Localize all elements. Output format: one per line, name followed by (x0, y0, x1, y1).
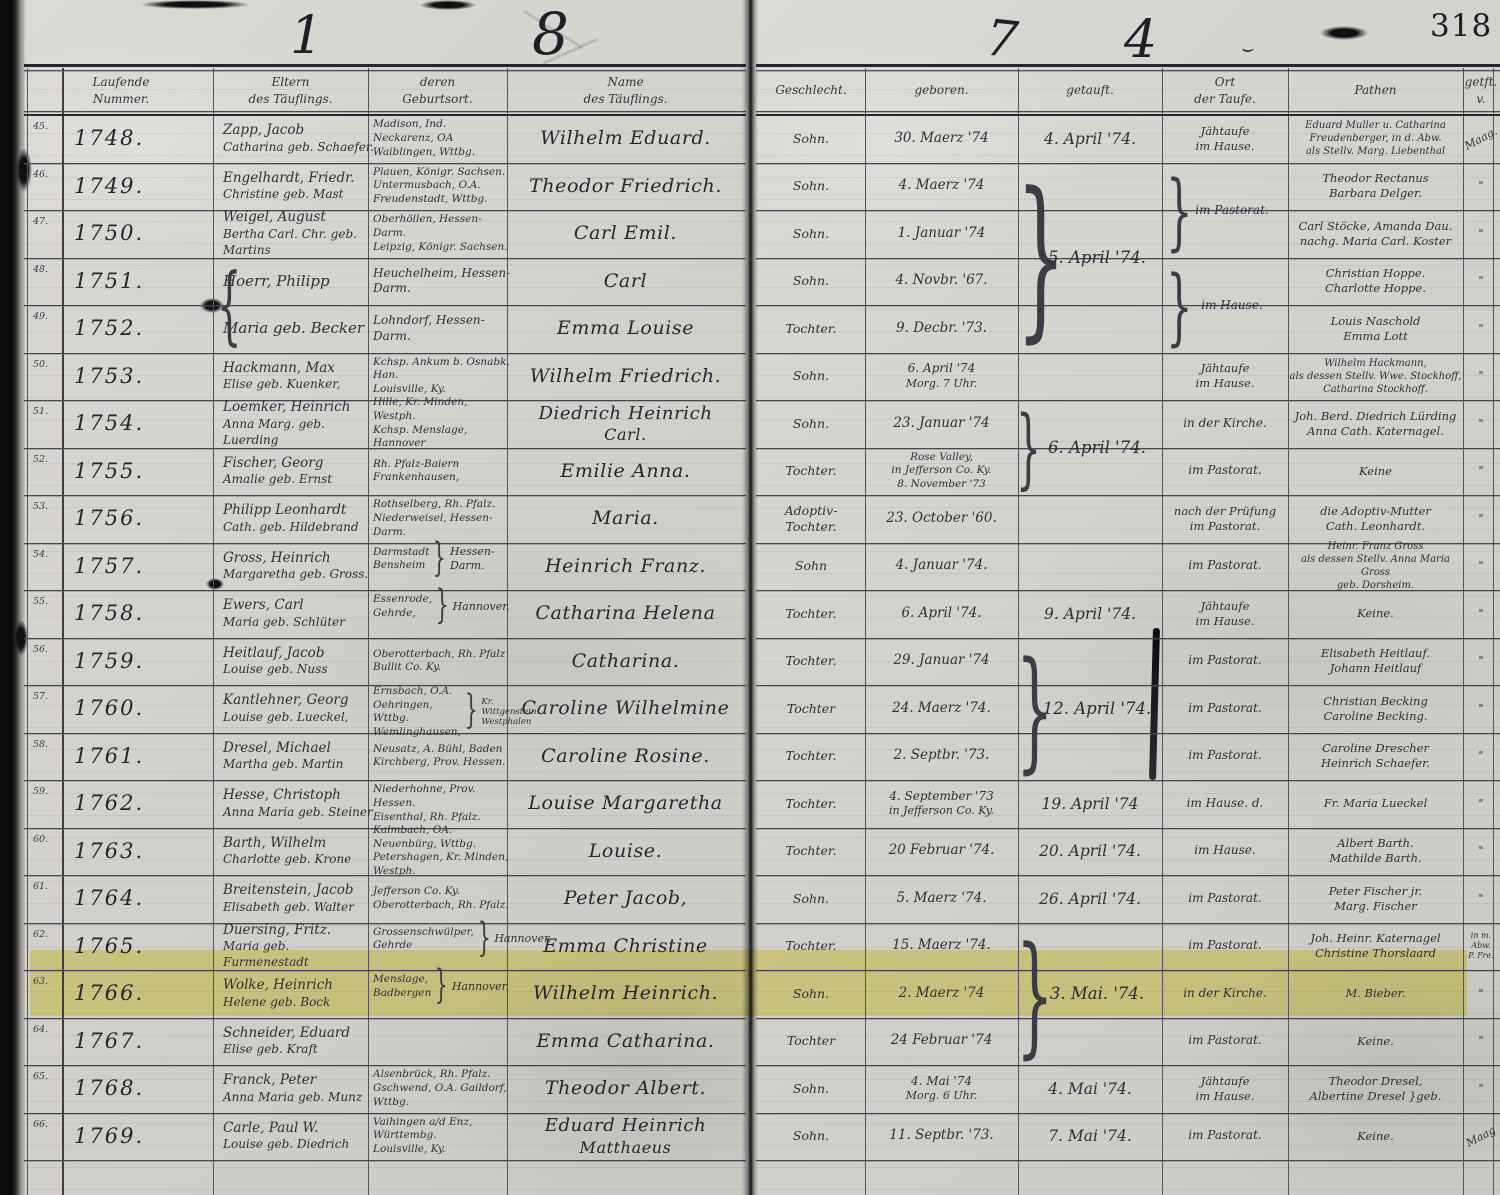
baptism-place-cell: Jähtaufeim Hause. (1162, 590, 1288, 638)
baptism-place-cell: im Pastorat. (1162, 875, 1288, 923)
officiant-cell: " (1463, 733, 1499, 781)
officiant-cell: " (1463, 163, 1499, 211)
born-cell: 2. Maerz '74 (865, 970, 1018, 1018)
header-bottom-rule (24, 111, 746, 112)
parents-cell: Carle, Paul W.Louise geb. Diedrich (213, 1113, 378, 1161)
born-cell: 23. October '60. (865, 495, 1018, 543)
parents-cell: Barth, WilhelmCharlotte geb. Krone (213, 828, 378, 876)
child-name-cell: Caroline Rosine. (507, 733, 744, 781)
place-brace: } (464, 687, 477, 738)
sex-cell: Sohn (757, 543, 865, 591)
officiant-cell: " (1463, 638, 1499, 686)
born-cell: 4. Januar '74. (865, 543, 1018, 591)
year-digit-4: 4 (1124, 10, 1157, 70)
row-rule (756, 1160, 1500, 1161)
child-name-cell: Eduard HeinrichMatthaeus (507, 1113, 744, 1161)
child-name-cell: Wilhelm Eduard. (507, 115, 744, 163)
sex-cell: Sohn. (757, 353, 865, 401)
column-header-right-3: Ortder Taufe. (1162, 70, 1288, 111)
parents-cell: Kantlehner, GeorgLouise geb. Lueckel, (213, 685, 378, 733)
born-cell: 1. Januar '74 (865, 210, 1018, 258)
column-header-right-4: Pathen (1288, 70, 1463, 111)
parents-cell: Breitenstein, JacobElisabeth geb. Walter (213, 875, 378, 923)
officiant-cell: " (1463, 1065, 1499, 1113)
sponsors-cell: Albert Barth.Mathilde Barth. (1288, 828, 1463, 876)
officiant-cell: in m.Abw.P. Fre. (1463, 923, 1499, 971)
child-name-cell: Louise Margaretha (507, 780, 744, 828)
born-cell: 24 Februar '74 (865, 1018, 1018, 1066)
year-digit-7: 7 (983, 8, 1021, 69)
sponsors-cell: Keine. (1288, 590, 1463, 638)
margin-number: 50. (29, 353, 66, 407)
child-name-cell: Catharina. (507, 638, 744, 686)
margin-number: 54. (29, 543, 66, 597)
baptism-place-cell: nach der Prüfungim Pastorat. (1162, 495, 1288, 543)
margin-number: 53. (29, 495, 66, 549)
officiant-cell: " (1463, 353, 1499, 401)
child-name-cell: Emma Christine (507, 923, 744, 971)
baptism-place-cell: im Hause. d. (1162, 780, 1288, 828)
sex-cell: Tochter. (757, 780, 865, 828)
baptism-place-cell: in der Kirche. (1162, 400, 1288, 448)
child-name-cell: Carl (507, 258, 744, 306)
running-number: 1756. (62, 495, 225, 543)
baptism-place-cell: im Pastorat. (1162, 733, 1288, 781)
sponsors-cell: M. Bieber. (1288, 970, 1463, 1018)
birthplace-cell: Kchsp. Ankum b. Osnabk. Han.Louisville, … (368, 353, 512, 401)
parents-cell: Heitlauf, JacobLouise geb. Nuss (213, 638, 378, 686)
sex-cell: Tochter. (757, 828, 865, 876)
child-name-cell: Carl Emil. (507, 210, 744, 258)
running-number: 1753. (62, 353, 225, 401)
baptized-cell: 9. April '74. (1018, 590, 1162, 638)
born-cell: 9. Decbr. '73. (865, 305, 1018, 353)
baptism-place-cell: im Hause. (1162, 828, 1288, 876)
born-cell: 24. Maerz '74. (865, 685, 1018, 733)
sex-cell: Sohn. (757, 400, 865, 448)
running-number: 1766. (62, 970, 225, 1018)
baptized-cell: 26. April '74. (1018, 875, 1162, 923)
parents-cell: Schneider, EduardElise geb. Kraft (213, 1018, 378, 1066)
born-cell: 5. Maerz '74. (865, 875, 1018, 923)
sex-cell: Sohn. (757, 258, 865, 306)
child-name-cell: Heinrich Franz. (507, 543, 744, 591)
running-number: 1754. (62, 400, 225, 448)
officiant-cell: " (1463, 828, 1499, 876)
column-rule (27, 68, 28, 1195)
birthplace-cell: Oberotterbach, Rh. PfalzBullit Co. Ky. (368, 638, 512, 686)
sex-cell: Sohn. (757, 875, 865, 923)
running-number: 1752. (62, 305, 225, 353)
born-cell: 6. April '74Morg. 7 Uhr. (865, 353, 1018, 401)
sponsors-cell: Louis NascholdEmma Lott (1288, 305, 1463, 353)
running-number: 1748. (62, 115, 225, 163)
margin-number: 52. (29, 448, 66, 502)
child-name-cell: Wilhelm Friedrich. (507, 353, 744, 401)
baptized-cell: 19. April '74 (1018, 780, 1162, 828)
sex-cell: Sohn. (757, 1113, 865, 1161)
child-name-cell: Peter Jacob, (507, 875, 744, 923)
parents-cell: Hesse, ChristophAnna Maria geb. Steiner (213, 780, 378, 828)
officiant-cell: " (1463, 495, 1499, 543)
sex-cell: Sohn. (757, 1065, 865, 1113)
birthplace-cell: Neusatz, A. Bühl, BadenKirchberg, Prov. … (368, 733, 512, 781)
place-brace: } (436, 582, 449, 633)
place-brace: } (477, 914, 490, 965)
top-rule (756, 64, 1500, 67)
column-header-right-5: getft.v. (1463, 70, 1499, 111)
margin-number: 62. (29, 923, 66, 977)
birthplace-cell: Vaihingen a/d Enz, Württembg.Louisville,… (368, 1113, 512, 1161)
column-header-left-0: LaufendeNummer. (29, 70, 213, 111)
top-rule (24, 64, 746, 67)
born-cell: 4. Novbr. '67. (865, 258, 1018, 306)
sponsors-cell: Joh. Heinr. KaternagelChristine Thorslaa… (1288, 923, 1463, 971)
pen-flourish-mark: ⌣ (1240, 36, 1253, 60)
baptism-place-cell: im Pastorat. (1162, 1018, 1288, 1066)
sponsors-cell: Christian BeckingCaroline Becking. (1288, 685, 1463, 733)
officiant-cell: " (1463, 258, 1499, 306)
sex-cell: Tochter. (757, 305, 865, 353)
running-number: 1759. (62, 638, 225, 686)
running-number: 1758. (62, 590, 225, 638)
running-number: 1767. (62, 1018, 225, 1066)
born-cell: 15. Maerz '74. (865, 923, 1018, 971)
parents-cell: Loemker, HeinrichAnna Marg. geb. Luerdin… (213, 400, 378, 448)
ink-smudge (1320, 26, 1368, 40)
running-number: 1761. (62, 733, 225, 781)
child-name-cell: Emilie Anna. (507, 448, 744, 496)
born-cell: 4. Mai '74Morg. 6 Uhr. (865, 1065, 1018, 1113)
officiant-cell: " (1463, 780, 1499, 828)
parents-cell: Engelhardt, Friedr.Christine geb. Mast (213, 163, 378, 211)
sponsors-cell: Carl Stöcke, Amanda Dau.nachg. Maria Car… (1288, 210, 1463, 258)
birthplace-cell: Rh. Pfalz-BaiernFrankenhausen, (368, 448, 512, 496)
sex-cell: Sohn. (757, 970, 865, 1018)
running-number: 1765. (62, 923, 225, 971)
born-cell: 2. Septbr. '73. (865, 733, 1018, 781)
sponsors-cell: Fr. Maria Lueckel (1288, 780, 1463, 828)
born-cell: Rose Valley,in Jefferson Co. Ky.8. Novem… (865, 448, 1018, 496)
baptism-group-date: 5. April '74. (1036, 245, 1158, 271)
sponsors-cell: Theodor RectanusBarbara Delger. (1288, 163, 1463, 211)
officiant-cell: " (1463, 305, 1499, 353)
officiant-cell: " (1463, 543, 1499, 591)
margin-number: 48. (29, 258, 66, 312)
baptism-place-cell: im Pastorat. (1162, 685, 1288, 733)
officiant-cell: " (1463, 1018, 1499, 1066)
margin-number: 47. (29, 210, 66, 264)
running-number: 1769. (62, 1113, 225, 1161)
margin-number: 59. (29, 780, 66, 834)
place-brace: } (435, 962, 448, 1013)
margin-number: 45. (29, 115, 66, 169)
born-cell: 11. Septbr. '73. (865, 1113, 1018, 1161)
sex-cell: Tochter. (757, 590, 865, 638)
ink-smudge (140, 0, 250, 9)
place-brace: } (433, 534, 446, 585)
running-number: 1749. (62, 163, 225, 211)
sponsors-cell: Keine (1288, 448, 1463, 496)
header-bottom-rule (756, 111, 1500, 112)
born-cell: 23. Januar '74 (865, 400, 1018, 448)
child-name-cell: Theodor Friedrich. (507, 163, 744, 211)
born-cell: 6. April '74. (865, 590, 1018, 638)
born-cell: 29. Januar '74 (865, 638, 1018, 686)
year-digit-1: 1 (290, 6, 323, 66)
margin-number: 60. (29, 828, 66, 882)
page-number: 318 (1430, 8, 1492, 44)
margin-number: 66. (29, 1113, 66, 1167)
sponsors-cell: Peter Fischer jr.Marg. Fischer (1288, 875, 1463, 923)
sponsors-cell: Caroline DrescherHeinrich Schaefer. (1288, 733, 1463, 781)
parents-cell: Wolke, HeinrichHelene geb. Bock (213, 970, 378, 1018)
ink-smudge (420, 0, 476, 10)
baptism-group-date: 3. Mai. '74. (1036, 981, 1158, 1007)
officiant-cell: " (1463, 400, 1499, 448)
parents-cell: Philipp LeonhardtCath. geb. Hildebrand (213, 495, 378, 543)
margin-number: 65. (29, 1065, 66, 1119)
parents-couple-brace: { (217, 260, 241, 351)
baptism-place-cell: im Pastorat. (1162, 448, 1288, 496)
running-number: 1764. (62, 875, 225, 923)
sponsors-cell: Keine. (1288, 1018, 1463, 1066)
sex-cell: Tochter (757, 685, 865, 733)
birthplace-cell: Niederhohne, Prov. Hessen.Eisenthal, Rh.… (368, 780, 512, 828)
officiant-cell: " (1463, 685, 1499, 733)
parents-cell: Fischer, GeorgAmalie geb. Ernst (213, 448, 378, 496)
child-name-cell: Maria. (507, 495, 744, 543)
sponsors-cell: Keine. (1288, 1113, 1463, 1161)
birthplace-cell: Ernsbach, O.A. Oehringen, Wttbg.Wemlingh… (368, 685, 512, 733)
sex-cell: Adoptiv-Tochter. (757, 495, 865, 543)
sex-cell: Sohn. (757, 210, 865, 258)
parents-cell: Dresel, MichaelMartha geb. Martin (213, 733, 378, 781)
child-name-cell: Louise. (507, 828, 744, 876)
baptism-place-cell: im Pastorat. (1162, 638, 1288, 686)
parents-cell: Zapp, JacobCatharina geb. Schaefer. (213, 115, 378, 163)
birthplace-cell: Plauen, Königr. Sachsen.Untermusbach, O.… (368, 163, 512, 211)
sponsors-cell: Theodor Dresel,Albertine Dresel }geb. (1288, 1065, 1463, 1113)
baptized-cell: 4. Mai '74. (1018, 1065, 1162, 1113)
birthplace-cell: Heuchelheim, Hessen-Darm. (368, 258, 512, 306)
sex-cell: Tochter. (757, 923, 865, 971)
sponsors-cell: Elisabeth Heitlauf.Johann Heitlauf (1288, 638, 1463, 686)
birthplace-cell: Oberhöllen, Hessen-Darm.Leipzig, Königr.… (368, 210, 512, 258)
baptism-place-cell: im Pastorat. (1162, 923, 1288, 971)
place-group-text: im Pastorat. (1180, 199, 1284, 221)
sponsors-cell: Heinr. Franz Grossals dessen Stellv. Ann… (1288, 543, 1463, 591)
child-name-cell: Caroline Wilhelmine (507, 685, 744, 733)
baptism-place-cell: in der Kirche. (1162, 970, 1288, 1018)
column-header-left-2: derenGeburtsort. (368, 70, 507, 111)
column-header-right-1: geboren. (865, 70, 1018, 111)
running-number: 1768. (62, 1065, 225, 1113)
born-cell: 20 Februar '74. (865, 828, 1018, 876)
baptism-group-date: 6. April '74. (1036, 435, 1158, 461)
child-name-cell: Catharina Helena (507, 590, 744, 638)
birthplace-cell: Essenrode,Gehrde,}Hannover. (368, 590, 512, 638)
baptism-group-date: 12. April '74. (1036, 696, 1158, 722)
margin-number: 61. (29, 875, 66, 929)
margin-number: 55. (29, 590, 66, 644)
column-header-right-0: Geschlecht. (757, 70, 865, 111)
baptized-cell: 7. Mai '74. (1018, 1113, 1162, 1161)
column-header-right-2: getauft. (1018, 70, 1162, 111)
running-number: 1750. (62, 210, 225, 258)
margin-number: 51. (29, 400, 66, 454)
sex-cell: Tochter. (757, 733, 865, 781)
running-number: 1755. (62, 448, 225, 496)
officiant-cell: " (1463, 210, 1499, 258)
baptism-place-cell: Jähtaufeim Hause. (1162, 115, 1288, 163)
margin-number: 64. (29, 1018, 66, 1072)
child-name-cell: Diedrich HeinrichCarl. (507, 400, 744, 448)
sponsors-cell: Wilhelm Hackmann,als dessen Stellv. Wwe.… (1288, 353, 1463, 401)
running-number: 1762. (62, 780, 225, 828)
parents-cell: Duersing, Fritz.Maria geb. Furmenestadt (213, 923, 378, 971)
birthplace-cell: Menslage,Badbergen}Hannover. (368, 970, 512, 1018)
sex-cell: Sohn. (757, 115, 865, 163)
sponsors-cell: Eduard Muller u. CatharinaFreudenberger,… (1288, 115, 1463, 163)
child-name-cell: Theodor Albert. (507, 1065, 744, 1113)
baptism-place-cell: Jähtaufeim Hause. (1162, 353, 1288, 401)
sex-cell: Sohn. (757, 163, 865, 211)
sponsors-cell: Joh. Berd. Diedrich LürdingAnna Cath. Ka… (1288, 400, 1463, 448)
running-number: 1751. (62, 258, 225, 306)
margin-number: 46. (29, 163, 66, 217)
birthplace-cell: Alsenbrück, Rh. Pfalz.Gschwend, O.A. Gai… (368, 1065, 512, 1113)
running-number: 1760. (62, 685, 225, 733)
column-header-left-1: Elterndes Täuflings. (213, 70, 368, 111)
birthplace-cell: Hille, Kr. Minden, Westph.Kchsp. Menslag… (368, 400, 512, 448)
register-page-scan: 1 8 7 4 ⌣ 318 /* generic binder */ const… (0, 0, 1500, 1195)
margin-number: 57. (29, 685, 66, 739)
officiant-cell: " (1463, 448, 1499, 496)
birthplace-cell: Madison, Ind.Neckarenz, OA Waiblingen, W… (368, 115, 512, 163)
child-name-cell: Emma Catharina. (507, 1018, 744, 1066)
birthplace-cell (368, 1018, 512, 1066)
sponsors-cell: Christian Hoppe.Charlotte Hoppe. (1288, 258, 1463, 306)
child-name-cell: Wilhelm Heinrich. (507, 970, 744, 1018)
parents-cell: Hackmann, MaxElise geb. Kuenker, (213, 353, 378, 401)
sex-cell: Tochter. (757, 638, 865, 686)
birthplace-cell: Kalmbach, OA. Neuenbürg, Wttbg.Petershag… (368, 828, 512, 876)
column-header-left-3: Namedes Täuflings. (507, 70, 744, 111)
baptism-place-cell: Jähtaufeim Hause. (1162, 1065, 1288, 1113)
baptism-place-cell: im Pastorat. (1162, 543, 1288, 591)
parents-cell: Gross, HeinrichMargaretha geb. Gross. (213, 543, 378, 591)
margin-number: 58. (29, 733, 66, 787)
baptized-cell: 20. April '74. (1018, 828, 1162, 876)
sponsors-cell: die Adoptiv-MutterCath. Leonhardt. (1288, 495, 1463, 543)
child-name-cell: Emma Louise (507, 305, 744, 353)
running-number: 1763. (62, 828, 225, 876)
officiant-cell: " (1463, 590, 1499, 638)
margin-number: 49. (29, 305, 66, 359)
running-number: 1757. (62, 543, 225, 591)
born-cell: 4. September '73in Jefferson Co. Ky. (865, 780, 1018, 828)
margin-number: 56. (29, 638, 66, 692)
baptism-place-cell: im Pastorat. (1162, 1113, 1288, 1161)
row-rule (24, 1160, 746, 1161)
sex-cell: Tochter (757, 1018, 865, 1066)
parents-cell: Ewers, CarlMaria geb. Schlüter (213, 590, 378, 638)
parents-cell: Weigel, AugustBertha Carl. Chr. geb. Mar… (213, 210, 378, 258)
officiant-cell: " (1463, 875, 1499, 923)
place-group-text: im Hause. (1180, 294, 1284, 316)
born-cell: 30. Maerz '74 (865, 115, 1018, 163)
parents-cell: Franck, PeterAnna Maria geb. Munz (213, 1065, 378, 1113)
born-cell: 4. Maerz '74 (865, 163, 1018, 211)
birthplace-cell: Lohndorf, Hessen-Darm. (368, 305, 512, 353)
margin-number: 63. (29, 970, 66, 1024)
sex-cell: Tochter. (757, 448, 865, 496)
officiant-cell: " (1463, 970, 1499, 1018)
